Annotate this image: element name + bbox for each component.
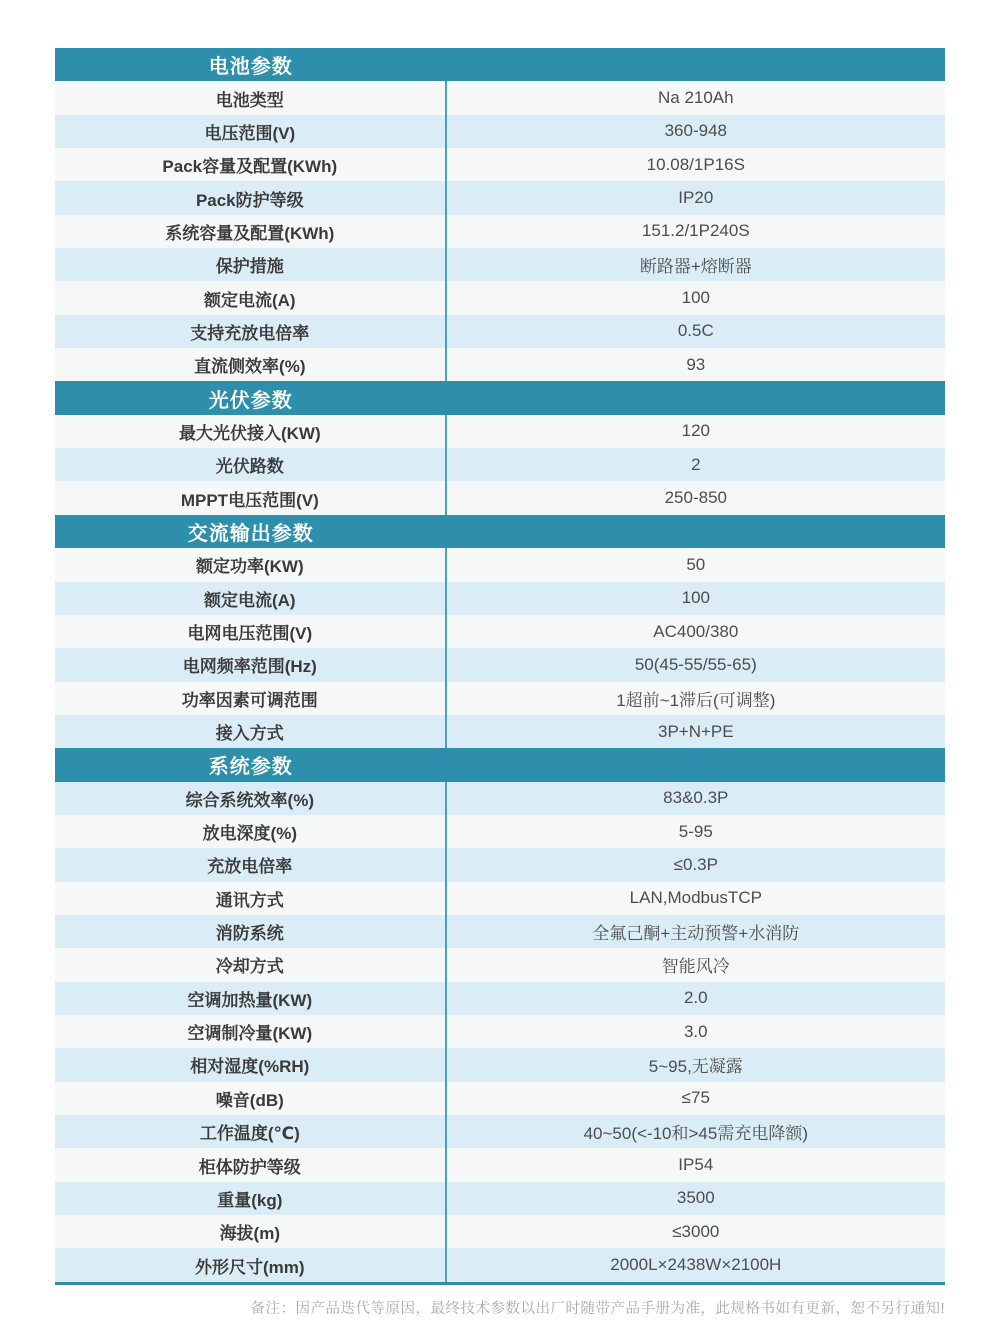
spec-value: 360-948 xyxy=(447,121,945,141)
spec-label: 功率因素可调范围 xyxy=(55,682,447,715)
spec-value: 2 xyxy=(447,455,945,475)
footnote: 备注：因产品迭代等原因，最终技术参数以出厂时随带产品手册为准，此规格书如有更新，… xyxy=(55,1297,945,1318)
spec-label: 消防系统 xyxy=(55,915,447,948)
spec-label: 相对湿度(%RH) xyxy=(55,1048,447,1081)
spec-row: MPPT电压范围(V)250-850 xyxy=(55,481,945,514)
spec-label: 空调加热量(KW) xyxy=(55,982,447,1015)
spec-row: 电压范围(V)360-948 xyxy=(55,115,945,148)
spec-row: 系统容量及配置(KWh)151.2/1P240S xyxy=(55,215,945,248)
spec-value: 50(45-55/55-65) xyxy=(447,655,945,675)
spec-value: 5~95,无凝露 xyxy=(447,1052,945,1077)
spec-label: 保护措施 xyxy=(55,248,447,281)
spec-label: 额定功率(KW) xyxy=(55,548,447,581)
spec-label: 光伏路数 xyxy=(55,448,447,481)
spec-row: 直流侧效率(%)93 xyxy=(55,348,945,381)
spec-row: 放电深度(%)5-95 xyxy=(55,815,945,848)
section-header: 系统参数 xyxy=(55,748,945,781)
spec-label: 重量(kg) xyxy=(55,1182,447,1215)
spec-label: 电压范围(V) xyxy=(55,115,447,148)
spec-value: ≤3000 xyxy=(447,1222,945,1242)
spec-label: 通讯方式 xyxy=(55,882,447,915)
spec-row: 冷却方式智能风冷 xyxy=(55,948,945,981)
spec-value: 2000L×2438W×2100H xyxy=(447,1255,945,1275)
spec-value: 10.08/1P16S xyxy=(447,155,945,175)
spec-value: 3500 xyxy=(447,1188,945,1208)
spec-value: AC400/380 xyxy=(447,622,945,642)
section-title: 系统参数 xyxy=(55,750,447,779)
spec-value: 83&0.3P xyxy=(447,788,945,808)
spec-row: 支持充放电倍率0.5C xyxy=(55,315,945,348)
spec-value: 40~50(<-10和>45需充电降额) xyxy=(447,1119,945,1144)
spec-value: 100 xyxy=(447,288,945,308)
spec-label: 放电深度(%) xyxy=(55,815,447,848)
spec-value: 3P+N+PE xyxy=(447,722,945,742)
spec-row: 工作温度(℃)40~50(<-10和>45需充电降额) xyxy=(55,1115,945,1148)
spec-row: 空调制冷量(KW)3.0 xyxy=(55,1015,945,1048)
spec-label: 海拔(m) xyxy=(55,1215,447,1248)
spec-label: 系统容量及配置(KWh) xyxy=(55,215,447,248)
spec-label: 额定电流(A) xyxy=(55,281,447,314)
spec-value: 151.2/1P240S xyxy=(447,221,945,241)
spec-value: Na 210Ah xyxy=(447,88,945,108)
spec-label: 电网频率范围(Hz) xyxy=(55,648,447,681)
spec-label: 外形尺寸(mm) xyxy=(55,1248,447,1281)
spec-label: 直流侧效率(%) xyxy=(55,348,447,381)
spec-label: 电网电压范围(V) xyxy=(55,615,447,648)
section-header: 光伏参数 xyxy=(55,381,945,414)
spec-value: IP54 xyxy=(447,1155,945,1175)
spec-row: 充放电倍率≤0.3P xyxy=(55,848,945,881)
spec-row: 光伏路数2 xyxy=(55,448,945,481)
spec-value: 250-850 xyxy=(447,488,945,508)
spec-row: 通讯方式LAN,ModbusTCP xyxy=(55,882,945,915)
spec-row: 综合系统效率(%)83&0.3P xyxy=(55,782,945,815)
spec-label: MPPT电压范围(V) xyxy=(55,481,447,514)
spec-value: 0.5C xyxy=(447,321,945,341)
spec-label: 冷却方式 xyxy=(55,948,447,981)
spec-row: 最大光伏接入(KW)120 xyxy=(55,415,945,448)
spec-value: ≤0.3P xyxy=(447,855,945,875)
spec-row: 电网电压范围(V)AC400/380 xyxy=(55,615,945,648)
spec-value: LAN,ModbusTCP xyxy=(447,888,945,908)
spec-label: 电池类型 xyxy=(55,81,447,114)
section-title: 光伏参数 xyxy=(55,384,447,413)
spec-value: 120 xyxy=(447,421,945,441)
spec-label: 柜体防护等级 xyxy=(55,1148,447,1181)
spec-value: IP20 xyxy=(447,188,945,208)
spec-label: 支持充放电倍率 xyxy=(55,315,447,348)
spec-row: 接入方式3P+N+PE xyxy=(55,715,945,748)
spec-row: 外形尺寸(mm)2000L×2438W×2100H xyxy=(55,1248,945,1281)
spec-value: 智能风冷 xyxy=(447,952,945,977)
section-title: 电池参数 xyxy=(55,50,447,79)
spec-row: 保护措施断路器+熔断器 xyxy=(55,248,945,281)
spec-row: 海拔(m)≤3000 xyxy=(55,1215,945,1248)
spec-label: 接入方式 xyxy=(55,715,447,748)
section-header: 交流输出参数 xyxy=(55,515,945,548)
spec-row: 额定功率(KW)50 xyxy=(55,548,945,581)
spec-label: Pack容量及配置(KWh) xyxy=(55,148,447,181)
spec-label: 综合系统效率(%) xyxy=(55,782,447,815)
section-title: 交流输出参数 xyxy=(55,517,447,546)
spec-label: 充放电倍率 xyxy=(55,848,447,881)
spec-row: Pack容量及配置(KWh)10.08/1P16S xyxy=(55,148,945,181)
spec-row: 空调加热量(KW)2.0 xyxy=(55,982,945,1015)
spec-row: Pack防护等级IP20 xyxy=(55,181,945,214)
spec-label: Pack防护等级 xyxy=(55,181,447,214)
spec-value: 2.0 xyxy=(447,988,945,1008)
spec-value: 1超前~1滞后(可调整) xyxy=(447,686,945,711)
spec-label: 最大光伏接入(KW) xyxy=(55,415,447,448)
spec-value: 50 xyxy=(447,555,945,575)
spec-row: 额定电流(A)100 xyxy=(55,281,945,314)
spec-row: 电池类型Na 210Ah xyxy=(55,81,945,114)
spec-row: 噪音(dB)≤75 xyxy=(55,1082,945,1115)
section-header: 电池参数 xyxy=(55,48,945,81)
spec-row: 重量(kg)3500 xyxy=(55,1182,945,1215)
spec-value: 断路器+熔断器 xyxy=(447,252,945,277)
spec-value: 5-95 xyxy=(447,822,945,842)
spec-value: 3.0 xyxy=(447,1022,945,1042)
spec-table: 电池参数电池类型Na 210Ah电压范围(V)360-948Pack容量及配置(… xyxy=(55,48,945,1285)
spec-label: 空调制冷量(KW) xyxy=(55,1015,447,1048)
spec-row: 柜体防护等级IP54 xyxy=(55,1148,945,1181)
spec-value: 全氟己酮+主动预警+水消防 xyxy=(447,919,945,944)
spec-row: 额定电流(A)100 xyxy=(55,582,945,615)
spec-row: 电网频率范围(Hz)50(45-55/55-65) xyxy=(55,648,945,681)
spec-sheet-page: 电池参数电池类型Na 210Ah电压范围(V)360-948Pack容量及配置(… xyxy=(0,0,1000,1342)
spec-value: 100 xyxy=(447,588,945,608)
spec-row: 相对湿度(%RH)5~95,无凝露 xyxy=(55,1048,945,1081)
spec-value: 93 xyxy=(447,355,945,375)
spec-row: 消防系统全氟己酮+主动预警+水消防 xyxy=(55,915,945,948)
spec-label: 工作温度(℃) xyxy=(55,1115,447,1148)
spec-value: ≤75 xyxy=(447,1088,945,1108)
spec-label: 噪音(dB) xyxy=(55,1082,447,1115)
spec-label: 额定电流(A) xyxy=(55,582,447,615)
spec-row: 功率因素可调范围1超前~1滞后(可调整) xyxy=(55,682,945,715)
